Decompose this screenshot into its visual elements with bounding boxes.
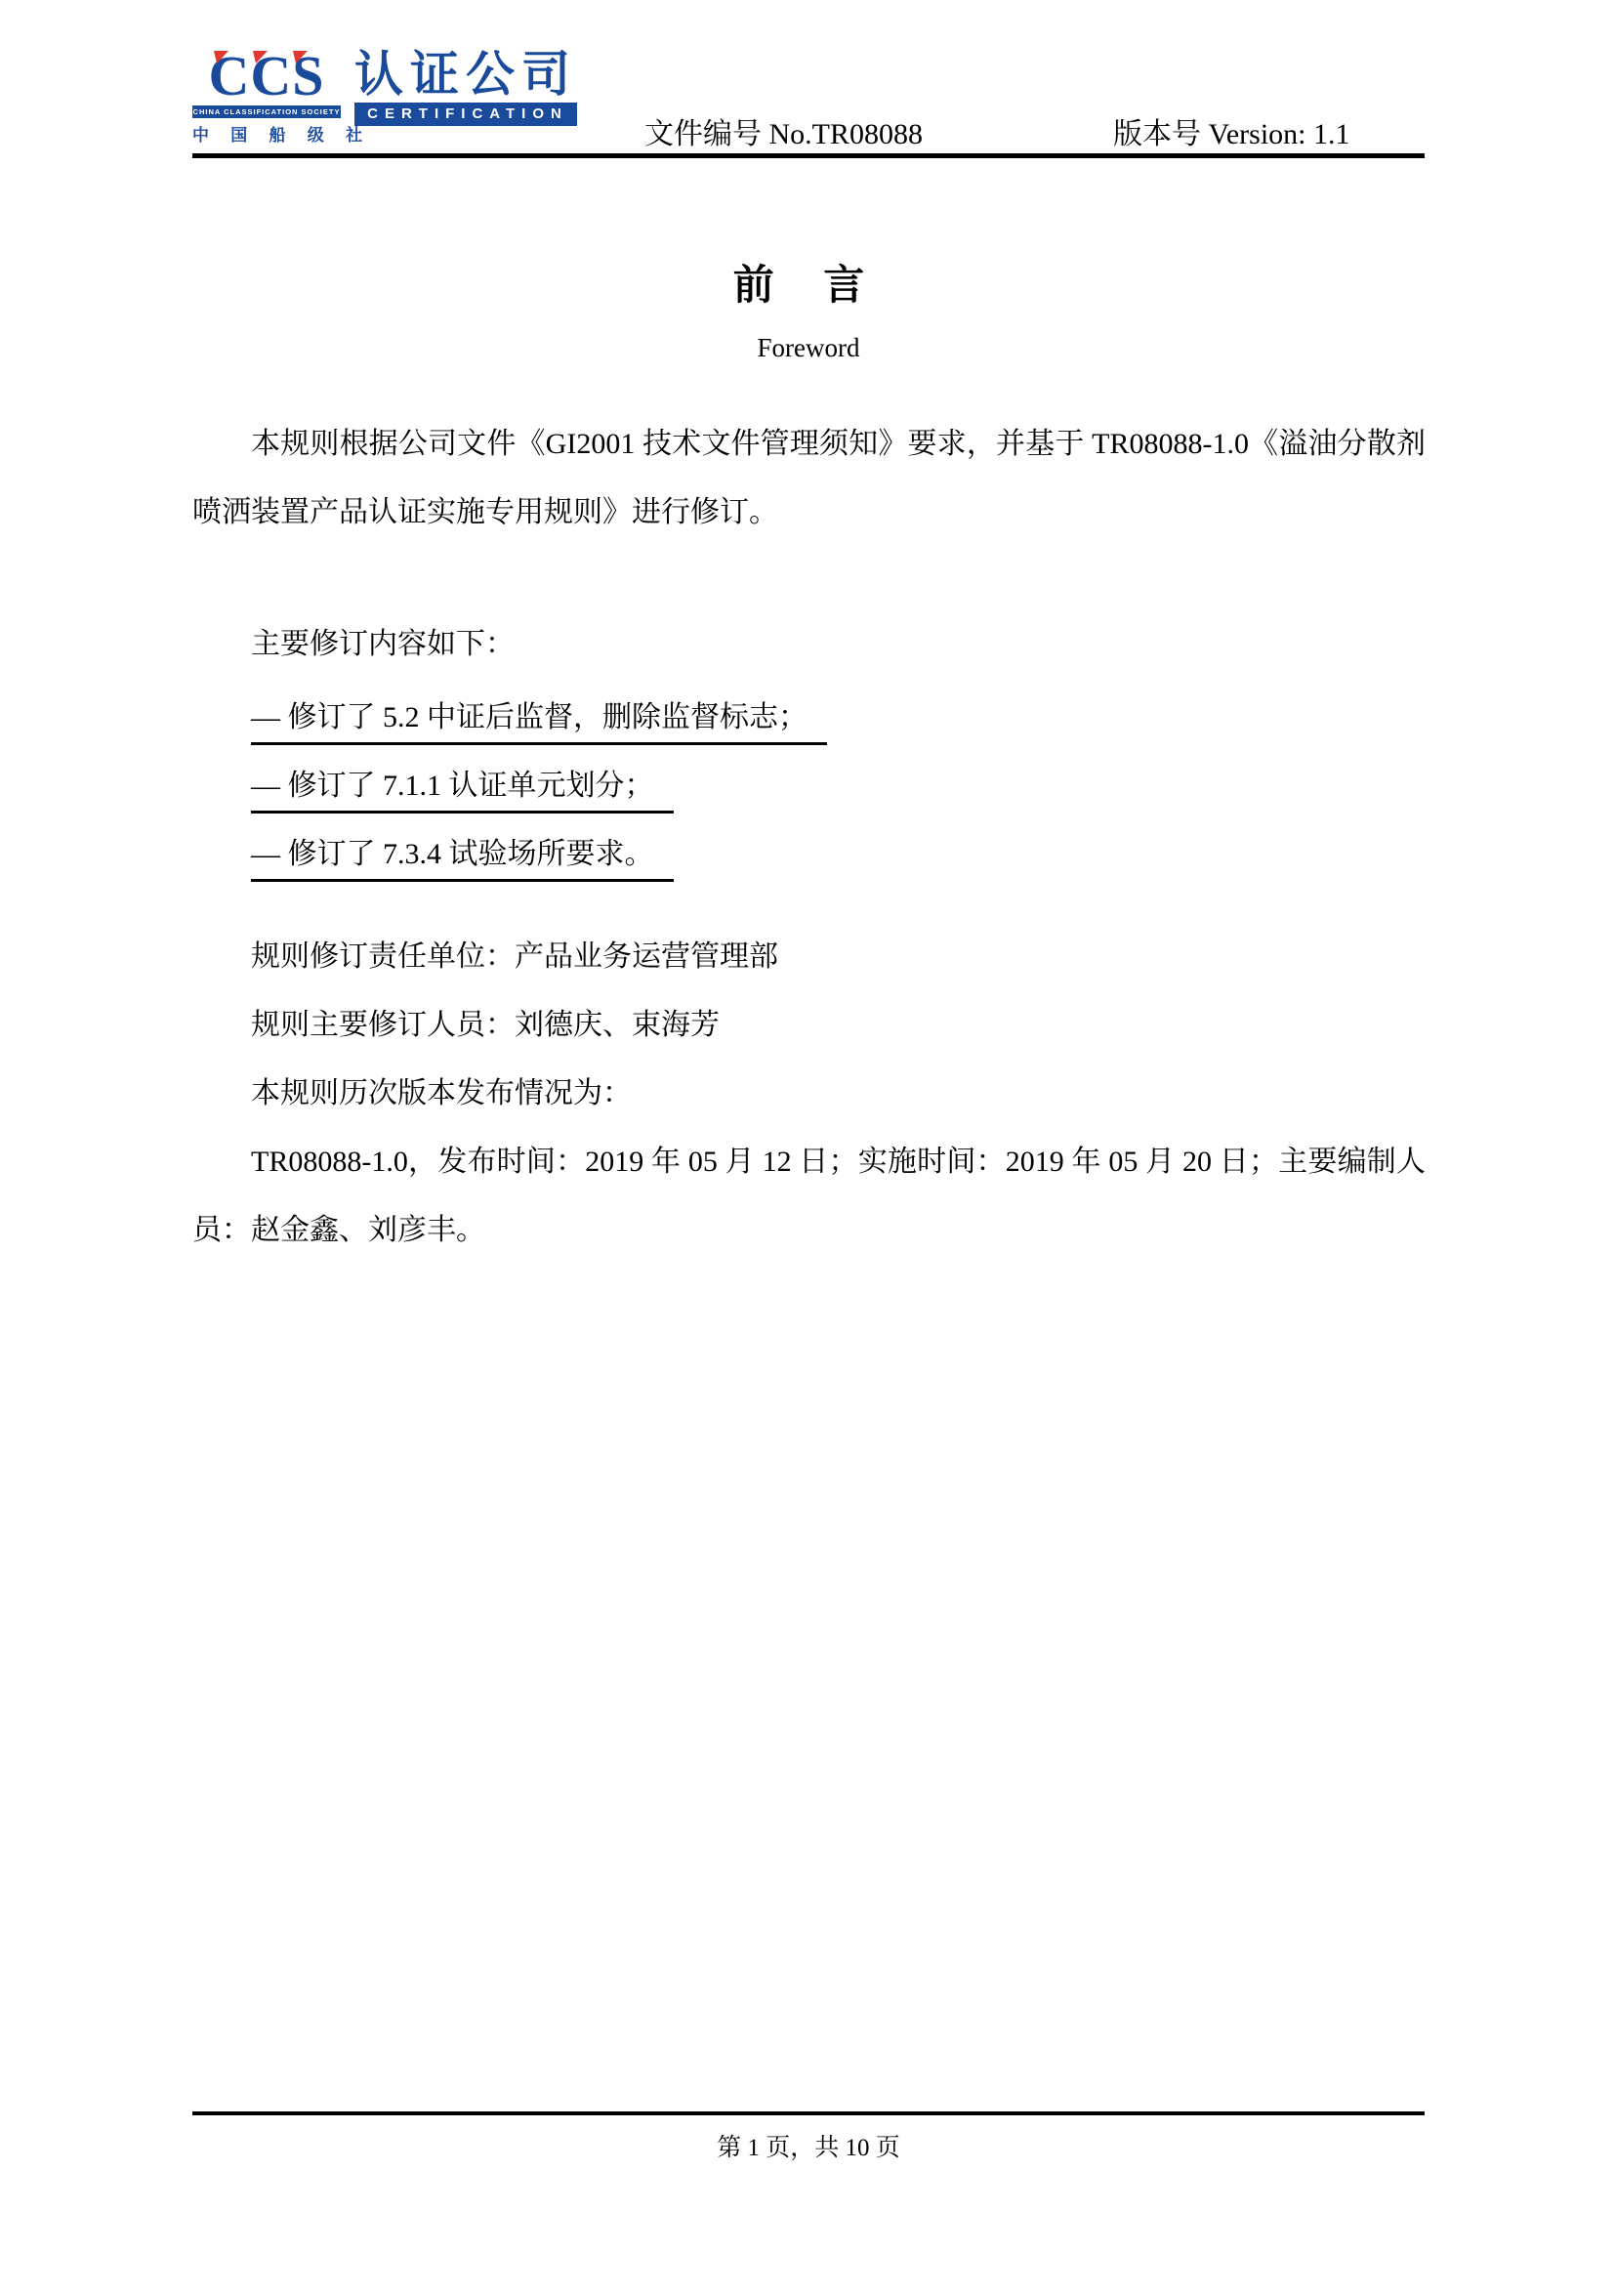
page-title-cn: 前 言: [192, 264, 1425, 309]
society-name-cn: 中 国 船 级 社: [192, 121, 341, 146]
ccs-logo-left: CCS CHINA CLASSIFICATION SOCIETY 中 国 船 级…: [192, 49, 341, 146]
ccs-logo-right: 认证公司 CERTIFICATION: [354, 49, 577, 126]
revision-list: — 修订了 5.2 中证后监督，删除监督标志； — 修订了 7.1.1 认证单元…: [192, 684, 1426, 889]
document-number: 文件编号 No.TR08088: [644, 115, 923, 154]
ccs-logo: CCS CHINA CLASSIFICATION SOCIETY 中 国 船 级…: [192, 49, 577, 146]
version-number: 版本号 Version: 1.1: [1113, 115, 1350, 154]
history-detail: TR08088-1.0，发布时间：2019 年 05 月 12 日；实施时间：2…: [192, 1128, 1426, 1265]
revision-intro: 主要修订内容如下：: [192, 610, 1426, 679]
document-page: CCS CHINA CLASSIFICATION SOCIETY 中 国 船 级…: [0, 0, 1615, 2296]
ccs-wordmark: CCS: [192, 49, 341, 104]
intro-paragraph: 本规则根据公司文件《GI2001 技术文件管理须知》要求，并基于 TR08088…: [192, 410, 1426, 547]
company-name-cn: 认证公司: [354, 49, 577, 100]
page-number: 第 1 页，共 10 页: [192, 2129, 1425, 2168]
certification-banner: CERTIFICATION: [354, 103, 577, 126]
responsible-unit: 规则修订责任单位：产品业务运营管理部: [192, 923, 1426, 991]
revision-item: — 修订了 7.3.4 试验场所要求。: [192, 820, 1426, 889]
revision-item: — 修订了 5.2 中证后监督，删除监督标志；: [192, 684, 1426, 752]
main-revisers: 规则主要修订人员：刘德庆、束海芳: [192, 991, 1426, 1060]
revision-item: — 修订了 7.1.1 认证单元划分；: [192, 752, 1426, 820]
header-rule: [192, 153, 1425, 158]
footer-rule: [192, 2111, 1425, 2115]
society-name-en: CHINA CLASSIFICATION SOCIETY: [192, 105, 341, 118]
page-title-en: Foreword: [192, 332, 1425, 363]
history-intro: 本规则历次版本发布情况为：: [192, 1060, 1426, 1128]
